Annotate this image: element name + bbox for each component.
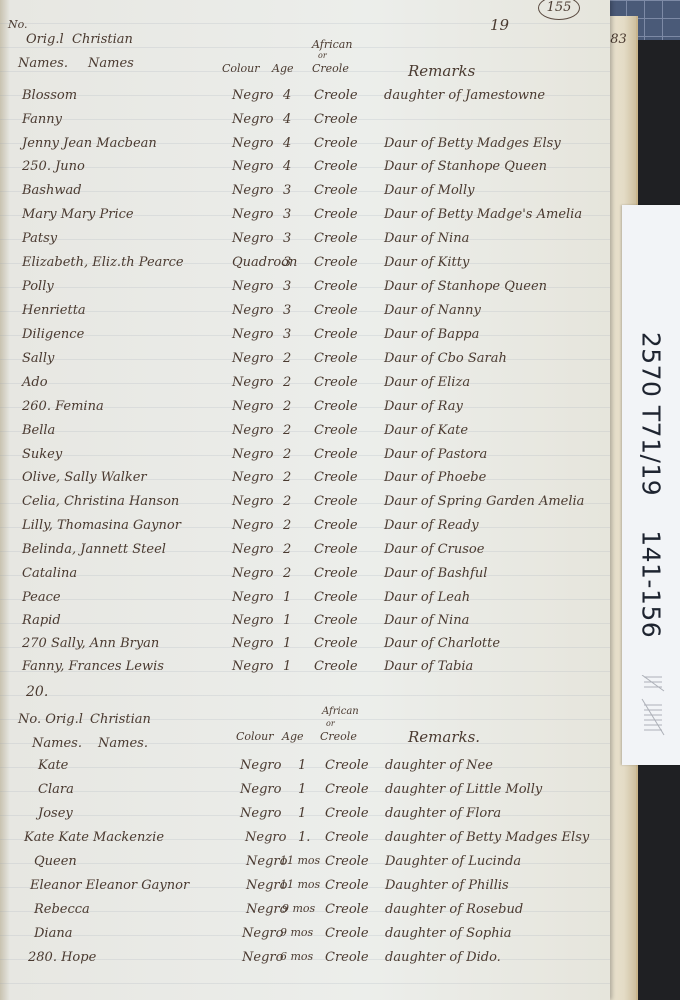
header-origin-or: or xyxy=(318,51,327,60)
table-row: Bashwad Negro 3 Creole Daur of Molly xyxy=(0,183,610,205)
colour-cell: Negro xyxy=(242,950,283,965)
archive-reference-number: 2570 T71/19 xyxy=(637,332,666,496)
table-row: 250. Juno Negro 4 Creole Daur of Stanhop… xyxy=(0,159,610,181)
colour-cell: Negro xyxy=(232,613,273,628)
table-row: Mary Mary Price Negro 3 Creole Daur of B… xyxy=(0,207,610,229)
name-cell: Fanny xyxy=(22,112,62,127)
table-row: Olive, Sally Walker Negro 2 Creole Daur … xyxy=(0,470,610,492)
remarks-cell: Daur of Stanhope Queen xyxy=(384,279,547,294)
table-row: Josey Negro 1 Creole daughter of Flora xyxy=(0,806,610,828)
remarks-cell: Daur of Spring Garden Amelia xyxy=(384,494,584,509)
table-row: Rebecca Negro 9 mos Creole daughter of R… xyxy=(0,902,610,924)
header-no: No. xyxy=(8,18,28,31)
colour-cell: Negro xyxy=(232,183,273,198)
table-row: Sukey Negro 2 Creole Daur of Pastora xyxy=(0,447,610,469)
origin-cell: Creole xyxy=(314,88,358,103)
age-cell: 1 xyxy=(283,613,291,628)
origin-cell: Creole xyxy=(314,518,358,533)
circled-folio-number: 155 xyxy=(538,0,580,20)
origin-cell: Creole xyxy=(314,183,358,198)
table-row: Rapid Negro 1 Creole Daur of Nina xyxy=(0,613,610,635)
table-row: Henrietta Negro 3 Creole Daur of Nanny xyxy=(0,303,610,325)
colour-cell: Negro xyxy=(232,470,273,485)
colour-cell: Negro xyxy=(232,659,273,674)
name-cell: 280. Hope xyxy=(28,950,96,965)
table-row: Peace Negro 1 Creole Daur of Leah xyxy=(0,590,610,612)
name-cell: Sally xyxy=(22,351,54,366)
header2-christian: Christian xyxy=(90,712,151,727)
table-row: Elizabeth, Eliz.th Pearce Quadroon 3 Cre… xyxy=(0,255,610,277)
name-cell: Bella xyxy=(22,423,55,438)
age-cell: 9 mos xyxy=(282,902,315,915)
age-cell: 4 xyxy=(283,136,291,151)
pencil-tally-marks-icon xyxy=(640,675,666,755)
name-cell: Fanny, Frances Lewis xyxy=(22,659,164,674)
colour-cell: Negro xyxy=(240,782,281,797)
name-cell: Kate xyxy=(38,758,68,773)
colour-cell: Negro xyxy=(232,518,273,533)
colour-cell: Negro xyxy=(232,447,273,462)
name-cell: Patsy xyxy=(22,231,57,246)
header-age: Age xyxy=(272,62,294,75)
age-cell: 2 xyxy=(283,399,291,414)
age-cell: 1 xyxy=(298,758,306,773)
colour-cell: Negro xyxy=(232,136,273,151)
header-christian-names-l1: Christian xyxy=(72,32,133,47)
origin-cell: Creole xyxy=(314,351,358,366)
origin-cell: Creole xyxy=(325,806,369,821)
age-cell: 3 xyxy=(283,279,291,294)
archive-reference-text: 2570 T71/19141-156 xyxy=(637,332,666,638)
origin-cell: Creole xyxy=(314,636,358,651)
table-row: Kate Negro 1 Creole daughter of Nee xyxy=(0,758,610,780)
header-colour: Colour xyxy=(222,62,260,75)
origin-cell: Creole xyxy=(325,830,369,845)
colour-cell: Negro xyxy=(232,88,273,103)
age-cell: 2 xyxy=(283,375,291,390)
origin-cell: Creole xyxy=(314,590,358,605)
remarks-cell: daughter of Sophia xyxy=(385,926,512,941)
colour-cell: Negro xyxy=(232,351,273,366)
name-cell: 250. Juno xyxy=(22,159,85,174)
age-cell: 2 xyxy=(283,470,291,485)
name-cell: Rebecca xyxy=(34,902,90,917)
table-row: Eleanor Eleanor Gaynor Negro 11 mos Creo… xyxy=(0,878,610,900)
age-cell: 2 xyxy=(283,566,291,581)
remarks-cell: Daur of Pastora xyxy=(384,447,487,462)
name-cell: Henrietta xyxy=(22,303,86,318)
age-cell: 1 xyxy=(283,636,291,651)
age-cell: 4 xyxy=(283,88,291,103)
name-cell: Eleanor Eleanor Gaynor xyxy=(30,878,189,893)
archive-folio-range: 141-156 xyxy=(637,530,666,638)
remarks-cell: daughter of Flora xyxy=(385,806,501,821)
colour-cell: Negro xyxy=(240,806,281,821)
name-cell: Polly xyxy=(22,279,54,294)
table-row: Celia, Christina Hanson Negro 2 Creole D… xyxy=(0,494,610,516)
origin-cell: Creole xyxy=(325,782,369,797)
remarks-cell: Daur of Kate xyxy=(384,423,468,438)
origin-cell: Creole xyxy=(325,854,369,869)
origin-cell: Creole xyxy=(325,926,369,941)
table-row: Belinda, Jannett Steel Negro 2 Creole Da… xyxy=(0,542,610,564)
name-cell: Catalina xyxy=(22,566,77,581)
name-cell: Queen xyxy=(34,854,77,869)
age-cell: 11 mos xyxy=(280,878,320,891)
origin-cell: Creole xyxy=(314,566,358,581)
origin-cell: Creole xyxy=(314,494,358,509)
header-christian-names-l2: Names xyxy=(88,56,134,71)
origin-cell: Creole xyxy=(314,399,358,414)
remarks-cell: Daur of Crusoe xyxy=(384,542,484,557)
header-remarks: Remarks xyxy=(408,62,475,80)
name-cell: Josey xyxy=(38,806,73,821)
remarks-cell: Daur of Cbo Sarah xyxy=(384,351,507,366)
remarks-cell: Daughter of Phillis xyxy=(385,878,509,893)
table-row: Patsy Negro 3 Creole Daur of Nina xyxy=(0,231,610,253)
register-page: 19 155 No. Orig.l Christian Names. Names… xyxy=(0,0,610,1000)
origin-cell: Creole xyxy=(325,758,369,773)
header2-remarks: Remarks. xyxy=(408,728,480,746)
colour-cell: Negro xyxy=(232,636,273,651)
header2-names-christian: Names. xyxy=(98,736,148,751)
remarks-cell: Daur of Tabia xyxy=(384,659,473,674)
remarks-cell: daughter of Little Molly xyxy=(385,782,542,797)
header2-age: Age xyxy=(282,730,304,743)
remarks-cell: daughter of Jamestowne xyxy=(384,88,545,103)
age-cell: 1 xyxy=(298,782,306,797)
remarks-cell: Daur of Bappa xyxy=(384,327,479,342)
remarks-cell: Daur of Ray xyxy=(384,399,463,414)
colour-cell: Negro xyxy=(232,327,273,342)
origin-cell: Creole xyxy=(314,303,358,318)
origin-cell: Creole xyxy=(314,112,358,127)
age-cell: 6 mos xyxy=(280,950,313,963)
remarks-cell: Daur of Kitty xyxy=(384,255,469,270)
remarks-cell: Daur of Stanhope Queen xyxy=(384,159,547,174)
name-cell: 260. Femina xyxy=(22,399,104,414)
origin-cell: Creole xyxy=(314,375,358,390)
age-cell: 4 xyxy=(283,159,291,174)
remarks-cell: Daur of Bashful xyxy=(384,566,487,581)
name-cell: Diana xyxy=(34,926,72,941)
age-cell: 11 mos xyxy=(280,854,320,867)
colour-cell: Negro xyxy=(232,375,273,390)
remarks-cell: Daur of Betty Madge's Amelia xyxy=(384,207,582,222)
table-row: 280. Hope Negro 6 mos Creole daughter of… xyxy=(0,950,610,972)
remarks-cell: Daur of Molly xyxy=(384,183,474,198)
origin-cell: Creole xyxy=(314,255,358,270)
table-row: 260. Femina Negro 2 Creole Daur of Ray xyxy=(0,399,610,421)
name-cell: Celia, Christina Hanson xyxy=(22,494,179,509)
remarks-cell: Daur of Nina xyxy=(384,613,469,628)
name-cell: Blossom xyxy=(22,88,77,103)
name-cell: Rapid xyxy=(22,613,61,628)
table-row: Queen Negro 11 mos Creole Daughter of Lu… xyxy=(0,854,610,876)
header-original-names-l1: Orig.l xyxy=(26,32,64,47)
page-number: 19 xyxy=(490,16,509,34)
origin-cell: Creole xyxy=(314,447,358,462)
remarks-cell: daughter of Nee xyxy=(385,758,493,773)
origin-cell: Creole xyxy=(325,878,369,893)
remarks-cell: Daughter of Lucinda xyxy=(385,854,521,869)
origin-cell: Creole xyxy=(314,542,358,557)
table-row: Polly Negro 3 Creole Daur of Stanhope Qu… xyxy=(0,279,610,301)
table-row: Diligence Negro 3 Creole Daur of Bappa xyxy=(0,327,610,349)
colour-cell: Negro xyxy=(232,279,273,294)
header2-origin-or: or xyxy=(326,719,335,728)
age-cell: 1 xyxy=(298,806,306,821)
colour-cell: Negro xyxy=(232,303,273,318)
table-row: Sally Negro 2 Creole Daur of Cbo Sarah xyxy=(0,351,610,373)
age-cell: 2 xyxy=(283,494,291,509)
table-row: Fanny Negro 4 Creole xyxy=(0,112,610,134)
table-row: Blossom Negro 4 Creole daughter of James… xyxy=(0,88,610,110)
header-origin-african: African xyxy=(312,38,352,51)
name-cell: Olive, Sally Walker xyxy=(22,470,147,485)
remarks-cell: Daur of Eliza xyxy=(384,375,470,390)
colour-cell: Negro xyxy=(232,231,273,246)
age-cell: 3 xyxy=(283,183,291,198)
origin-cell: Creole xyxy=(314,207,358,222)
origin-cell: Creole xyxy=(314,159,358,174)
colour-cell: Negro xyxy=(232,207,273,222)
colour-cell: Negro xyxy=(232,494,273,509)
name-cell: Clara xyxy=(38,782,74,797)
name-cell: Peace xyxy=(22,590,61,605)
origin-cell: Creole xyxy=(325,902,369,917)
table-row: Jenny Jean Macbean Negro 4 Creole Daur o… xyxy=(0,136,610,158)
name-cell: Lilly, Thomasina Gaynor xyxy=(22,518,181,533)
table-row: Kate Kate Mackenzie Negro 1. Creole daug… xyxy=(0,830,610,852)
origin-cell: Creole xyxy=(314,659,358,674)
name-cell: Ado xyxy=(22,375,48,390)
colour-cell: Negro xyxy=(232,566,273,581)
colour-cell: Negro xyxy=(232,542,273,557)
age-cell: 2 xyxy=(283,542,291,557)
age-cell: 3 xyxy=(283,231,291,246)
age-cell: 1. xyxy=(298,830,310,845)
age-cell: 3 xyxy=(283,207,291,222)
name-cell: Mary Mary Price xyxy=(22,207,134,222)
remarks-cell: Daur of Leah xyxy=(384,590,470,605)
origin-cell: Creole xyxy=(314,423,358,438)
remarks-cell: Daur of Phoebe xyxy=(384,470,486,485)
table-row: 270 Sally, Ann Bryan Negro 1 Creole Daur… xyxy=(0,636,610,658)
section1-subtotal: 20. xyxy=(26,684,48,700)
remarks-cell: daughter of Rosebud xyxy=(385,902,523,917)
name-cell: Diligence xyxy=(22,327,84,342)
colour-cell: Negro xyxy=(240,758,281,773)
age-cell: 4 xyxy=(283,112,291,127)
remarks-cell: daughter of Dido. xyxy=(385,950,501,965)
age-cell: 1 xyxy=(283,659,291,674)
age-cell: 3 xyxy=(283,255,291,270)
table-row: Catalina Negro 2 Creole Daur of Bashful xyxy=(0,566,610,588)
table-row: Clara Negro 1 Creole daughter of Little … xyxy=(0,782,610,804)
origin-cell: Creole xyxy=(314,231,358,246)
colour-cell: Negro xyxy=(232,399,273,414)
remarks-cell: Daur of Charlotte xyxy=(384,636,500,651)
header2-no-original: No. Orig.l xyxy=(18,712,83,727)
age-cell: 1 xyxy=(283,590,291,605)
origin-cell: Creole xyxy=(314,327,358,342)
colour-cell: Negro xyxy=(232,423,273,438)
table-row: Bella Negro 2 Creole Daur of Kate xyxy=(0,423,610,445)
origin-cell: Creole xyxy=(314,470,358,485)
name-cell: Sukey xyxy=(22,447,62,462)
origin-cell: Creole xyxy=(314,613,358,628)
name-cell: Jenny Jean Macbean xyxy=(22,136,157,151)
header2-colour: Colour xyxy=(236,730,274,743)
table-row: Fanny, Frances Lewis Negro 1 Creole Daur… xyxy=(0,659,610,681)
colour-cell: Negro xyxy=(232,590,273,605)
table-row: Diana Negro 9 mos Creole daughter of Sop… xyxy=(0,926,610,948)
name-cell: Bashwad xyxy=(22,183,82,198)
name-cell: 270 Sally, Ann Bryan xyxy=(22,636,159,651)
remarks-cell: Daur of Nanny xyxy=(384,303,481,318)
colour-cell: Negro xyxy=(245,830,286,845)
name-cell: Belinda, Jannett Steel xyxy=(22,542,166,557)
archive-reference-label: 2570 T71/19141-156 xyxy=(622,205,680,765)
origin-cell: Creole xyxy=(314,279,358,294)
header-original-names-l2: Names. xyxy=(18,56,68,71)
remarks-cell: daughter of Betty Madges Elsy xyxy=(385,830,589,845)
remarks-cell: Daur of Nina xyxy=(384,231,469,246)
name-cell: Elizabeth, Eliz.th Pearce xyxy=(22,255,184,270)
colour-cell: Negro xyxy=(242,926,283,941)
colour-cell: Negro xyxy=(232,159,273,174)
header2-origin-creole: Creole xyxy=(320,730,357,743)
header-origin-creole: Creole xyxy=(312,62,349,75)
remarks-cell: Daur of Betty Madges Elsy xyxy=(384,136,561,151)
age-cell: 2 xyxy=(283,351,291,366)
origin-cell: Creole xyxy=(325,950,369,965)
table-row: Lilly, Thomasina Gaynor Negro 2 Creole D… xyxy=(0,518,610,540)
age-cell: 2 xyxy=(283,447,291,462)
header2-origin-african: African xyxy=(322,706,359,717)
name-cell: Kate Kate Mackenzie xyxy=(24,830,164,845)
age-cell: 3 xyxy=(283,303,291,318)
age-cell: 3 xyxy=(283,327,291,342)
age-cell: 9 mos xyxy=(280,926,313,939)
header2-names-original: Names. xyxy=(32,736,82,751)
colour-cell: Negro xyxy=(232,112,273,127)
origin-cell: Creole xyxy=(314,136,358,151)
age-cell: 2 xyxy=(283,423,291,438)
age-cell: 2 xyxy=(283,518,291,533)
remarks-cell: Daur of Ready xyxy=(384,518,479,533)
table-row: Ado Negro 2 Creole Daur of Eliza xyxy=(0,375,610,397)
